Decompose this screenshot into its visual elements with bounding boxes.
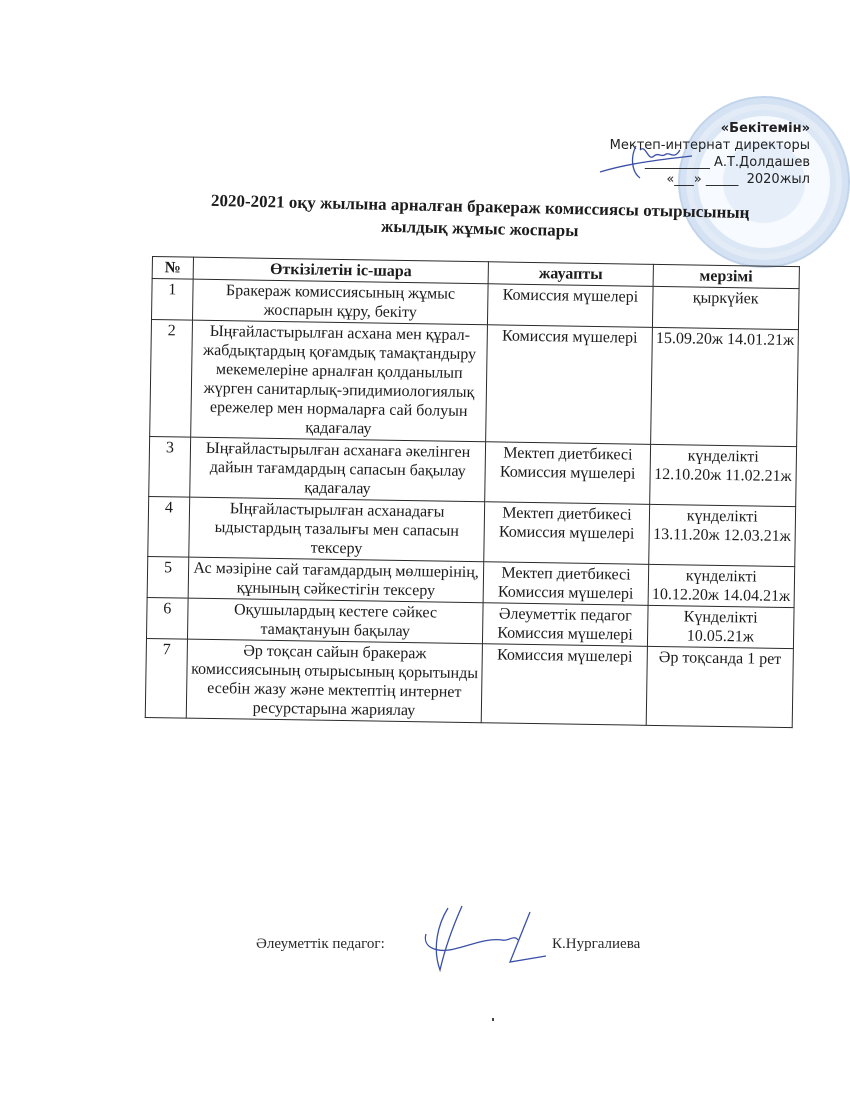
cell-responsible: Комиссия мүшелері — [482, 644, 647, 726]
cell-responsible: Комиссия мүшелері — [486, 325, 652, 445]
cell-number: 3 — [149, 436, 191, 497]
table-row: 7Әр тоқсан сайын бракераж комиссиясының … — [145, 638, 793, 727]
cell-responsible: Комиссия мүшелері — [488, 284, 653, 328]
cell-deadline: қыркүйек — [652, 286, 799, 329]
cell-responsible: Әлеуметтік педагог Комиссия мүшелері — [483, 603, 648, 647]
cell-deadline: 15.09.20ж 14.01.21ж — [650, 327, 798, 446]
approval-title: «Бекітемін» — [610, 120, 810, 137]
cell-activity: Ыңғайластырылған асхана мен құрал-жабдық… — [190, 320, 487, 442]
cell-deadline: күнделікті 13.11.20ж 12.03.21ж — [648, 504, 795, 566]
scan-speck — [492, 1018, 494, 1021]
table-row: 3Ыңғайластырылған асханаға әкелінген дай… — [149, 436, 797, 506]
cell-deadline: Әр тоқсанда 1 рет — [646, 646, 794, 727]
cell-deadline: Күнделікті 10.05.21ж — [647, 605, 794, 648]
cell-responsible: Мектеп диетбикесі Комиссия мүшелері — [485, 442, 650, 505]
cell-number: 7 — [145, 638, 187, 718]
signature-footer: Әлеуметтік педагог: К.Нургалиева — [256, 936, 385, 953]
table-row: 4Ыңғайластырылған асханадағы ыдыстардың … — [148, 496, 796, 566]
cell-activity: Бракераж комиссиясының жұмыс жоспарын құ… — [192, 279, 488, 325]
footer-name: К.Нургалиева — [552, 936, 640, 953]
cell-number: 5 — [147, 556, 188, 598]
cell-number: 6 — [146, 597, 187, 639]
cell-number: 2 — [150, 320, 193, 438]
header-responsible: жауапты — [488, 262, 653, 287]
cell-activity: Ыңғайластырылған асханадағы ыдыстардың т… — [189, 497, 485, 562]
cell-activity: Ыңғайластырылған асханаға әкелінген дайы… — [190, 437, 486, 502]
cell-responsible: Мектеп диетбикесі Комиссия мүшелері — [484, 502, 649, 565]
table-row: 2Ыңғайластырылған асхана мен құрал-жабды… — [150, 320, 799, 447]
work-plan-table: № Өткізілетін іс-шара жауапты мерзімі 1Б… — [145, 256, 800, 728]
cell-activity: Әр тоқсан сайын бракераж комиссиясының о… — [186, 639, 483, 723]
pedagogue-signature-icon — [418, 904, 548, 974]
cell-deadline: күнделікті 12.10.20ж 11.02.21ж — [649, 444, 796, 506]
header-deadline: мерзімі — [653, 264, 800, 288]
cell-number: 1 — [152, 279, 193, 321]
cell-activity: Ас мәзіріне сай тағамдардың мөлшерінің, … — [188, 557, 484, 603]
cell-activity: Оқушылардың кестеге сәйкес тамақтануын б… — [187, 598, 483, 644]
cell-responsible: Мектеп диетбикесі Комиссия мүшелері — [483, 562, 648, 606]
cell-deadline: күнделікті 10.12.20ж 14.04.21ж — [648, 564, 795, 607]
cell-number: 4 — [148, 496, 190, 557]
director-signature-icon — [596, 138, 696, 182]
header-number: № — [152, 257, 193, 280]
footer-role: Әлеуметтік педагог: — [256, 936, 385, 952]
